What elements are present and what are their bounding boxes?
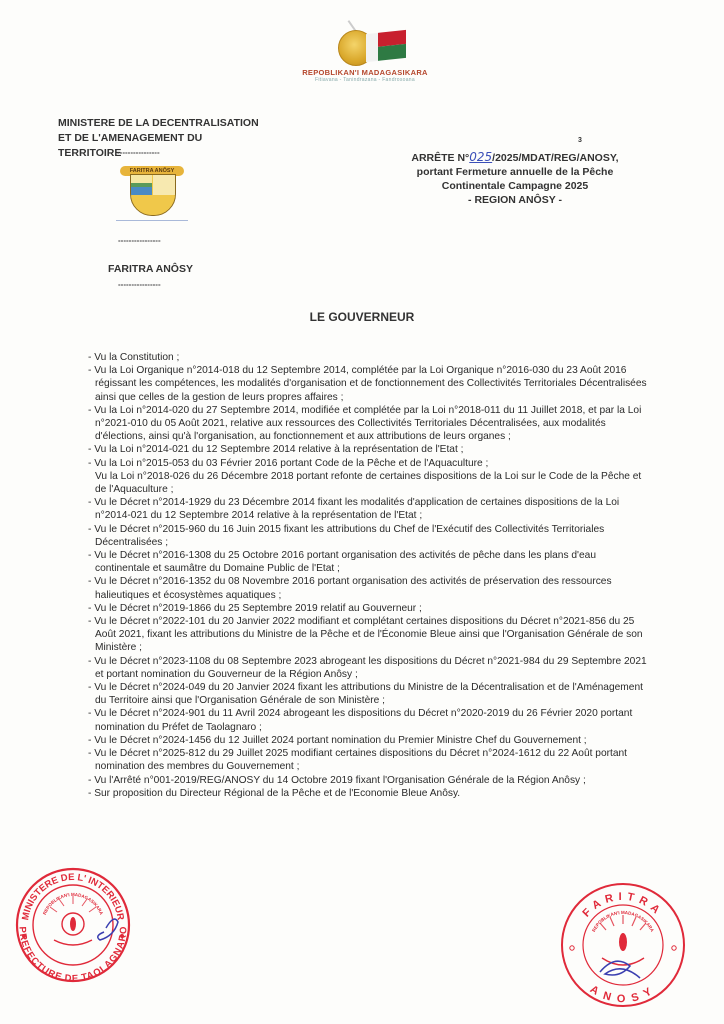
svg-text:ANOSY: ANOSY [588, 983, 658, 1005]
ministry-line-2: ET DE L'AMENAGEMENT DU TERRITOIRE [58, 131, 268, 161]
ministry-line-1: MINISTERE DE LA DECENTRALISATION [58, 116, 268, 131]
visa-item: - Vu le Décret n°2024-1456 du 12 Juillet… [88, 734, 648, 747]
separator-dashes: ---------------- [118, 280, 161, 289]
region-name: FARITRA ANÔSY [108, 263, 193, 275]
visa-item: - Vu le Décret n°2024-901 du 11 Avril 20… [88, 707, 648, 733]
republic-emblem: REPOBLIKAN'I MADAGASIKARA Fitiavana - Ta… [300, 14, 430, 84]
visa-item: - Vu le Décret n°2016-1352 du 08 Novembr… [88, 575, 648, 601]
visa-item: - Vu le Décret n°2025-812 du 29 Juillet … [88, 747, 648, 773]
document-page: REPOBLIKAN'I MADAGASIKARA Fitiavana - Ta… [0, 0, 724, 1024]
visa-item: - Vu la Constitution ; [88, 351, 648, 364]
visa-item: - Vu le Décret n°2015-960 du 16 Juin 201… [88, 523, 648, 549]
visa-item: - Vu la Loi n°2014-020 du 27 Septembre 2… [88, 404, 648, 444]
visa-item: - Vu le Décret n°2024-049 du 20 Janvier … [88, 681, 648, 707]
arrete-suffix: /2025/MDAT/REG/ANOSY, [492, 152, 618, 164]
region-coat-of-arms-icon: FARITRA ANÔSY [116, 162, 188, 224]
arrete-number-handwritten: 025 [469, 150, 492, 164]
region-anosy-stamp-icon: FARITRA ANOSY REPOBLIKAN'I MADAGASIKARA [560, 882, 686, 1008]
arrete-subject-line-1: portant Fermeture annuelle de la Pêche [395, 165, 635, 179]
visa-item: - Vu le Décret n°2023-1108 du 08 Septemb… [88, 655, 648, 681]
corner-mark: 3 [578, 137, 582, 144]
visa-item: - Vu la Loi n°2015-053 du 03 Février 201… [88, 457, 648, 470]
separator-dashes: ---------------- [118, 236, 161, 245]
visa-item: - Vu le Décret n°2019-1866 du 25 Septemb… [88, 602, 648, 615]
visa-item: Vu la Loi n°2018-026 du 26 Décembre 2018… [88, 470, 648, 496]
madagascar-flag-icon [366, 30, 406, 62]
arrete-region-line: - REGION ANÔSY - [395, 193, 635, 207]
republic-name: REPOBLIKAN'I MADAGASIKARA [300, 68, 430, 77]
arrete-number-line: ARRÊTE N°025/2025/MDAT/REG/ANOSY, [395, 150, 635, 165]
visa-item: - Vu le Décret n°2016-1308 du 25 Octobre… [88, 549, 648, 575]
visa-item: - Vu le Décret n°2022-101 du 20 Janvier … [88, 615, 648, 655]
visa-item: - Vu le Décret n°2014-1929 du 23 Décembr… [88, 496, 648, 522]
separator-dashes: ---------------- [117, 148, 160, 157]
prefecture-stamp-icon: MINISTERE DE L' INTERIEUR PREFECTURE DE … [14, 866, 132, 984]
arrete-prefix: ARRÊTE N° [411, 152, 469, 164]
visa-list: - Vu la Constitution ; - Vu la Loi Organ… [88, 351, 648, 800]
visa-item: - Vu la Loi n°2014-021 du 12 Septembre 2… [88, 443, 648, 456]
visa-item: - Vu la Loi Organique n°2014-018 du 12 S… [88, 364, 648, 404]
arrete-header: ARRÊTE N°025/2025/MDAT/REG/ANOSY, portan… [395, 150, 635, 207]
page-title: LE GOUVERNEUR [0, 310, 724, 324]
visa-item: - Sur proposition du Directeur Régional … [88, 787, 648, 800]
republic-motto: Fitiavana - Tanindrazana - Fandrosoana [300, 77, 430, 83]
arrete-subject-line-2: Continentale Campagne 2025 [395, 179, 635, 193]
signature-mark [98, 919, 118, 940]
ministry-header: MINISTERE DE LA DECENTRALISATION ET DE L… [58, 116, 268, 161]
visa-item: - Vu l'Arrêté n°001-2019/REG/ANOSY du 14… [88, 774, 648, 787]
